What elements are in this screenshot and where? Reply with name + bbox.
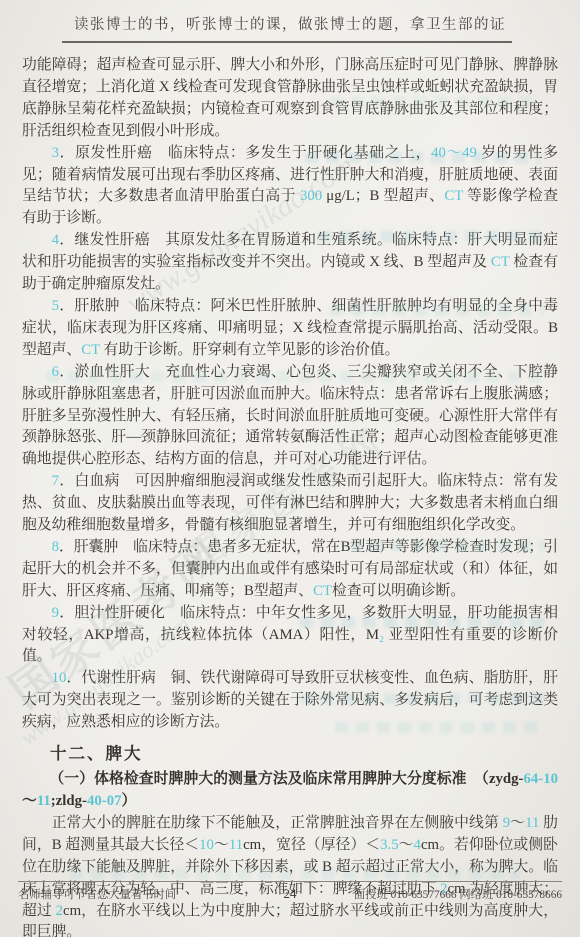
book-page: www.guojiayikao.com 国家医考网 国家医考网 www.guoj…: [0, 0, 580, 937]
text-run: cm，在脐水平线以上为中度肿大；超过脐水平线或前正中线则为高度肿大，即巨脾。: [22, 903, 558, 937]
header-slogan: 读张博士的书，听张博士的课，做张博士的题，拿卫生部的证: [0, 0, 580, 34]
text-run: ．淤血性肝大 充血性心力衰竭、心包炎、三尖瓣狭窄或关闭不全、下腔静脉或肝静脉阻塞…: [22, 364, 558, 468]
item-6-congestive-hepatomegaly: 6．淤血性肝大 充血性心力衰竭、心包炎、三尖瓣狭窄或关闭不全、下腔静脉或肝静脉阻…: [22, 362, 558, 472]
text-run: ;zldg-: [51, 793, 87, 809]
text-run: 检查可以明确诊断。: [332, 583, 465, 599]
highlighted-exam-code: 6: [52, 364, 59, 380]
item-9-biliary-cirrhosis: 9．胆汁性肝硬化 临床特点：中年女性多见，多数肝大明显，肝功能损害相对较轻，AK…: [22, 603, 558, 669]
highlighted-exam-code: 40-07: [87, 793, 122, 809]
highlighted-exam-code: 2: [56, 903, 63, 919]
page-content: 功能障碍；超声检查可显示肝、脾大小和外形，门脉高压症时可见门静脉、脾静脉直径增宽…: [0, 43, 580, 937]
highlighted-exam-code: 64-10: [523, 771, 558, 787]
highlighted-exam-code: 4: [52, 232, 59, 248]
text-run: （一）体格检查时脾肿大的测量方法及临床常用脾肿大分度标准 （zydg-: [49, 771, 523, 787]
item-8-liver-cyst: 8．肝囊肿 临床特点：患者多无症状，常在B型超声等影像学检查时发现；引起肝大的机…: [22, 537, 558, 603]
text-run: ．继发性肝癌 其原发灶多在胃肠道和生殖系统。临床特点：肝大明显而症状和肝功能损害…: [22, 232, 558, 270]
highlighted-exam-code: 10: [52, 670, 67, 686]
page-header: 读张博士的书，听张博士的课，做张博士的题，拿卫生部的证: [0, 0, 580, 43]
highlighted-exam-code: 7: [52, 473, 59, 489]
text-run: μg/L；B 型超声、: [322, 188, 444, 204]
page-number: 24: [260, 886, 320, 902]
text-run: ～: [510, 815, 525, 831]
highlighted-exam-code: 9: [52, 605, 59, 621]
text-run: 有助于诊断。肝穿刺有立竿见影的诊治价值。: [100, 342, 400, 358]
highlighted-exam-code: 10: [199, 837, 214, 853]
paragraph-liver-cirrhosis-continued: 功能障碍；超声检查可显示肝、脾大小和外形，门脉高压症时可见门静脉、脾静脉直径增宽…: [22, 55, 558, 143]
paragraph-spleen-measurement: 正常大小的脾脏在肋缘下不能触及，正常脾脏浊音界在左侧腋中线第 9～11 肋间，B…: [22, 813, 558, 937]
text-run: 功能障碍；超声检查可显示肝、脾大小和外形，门脉高压症时可见门静脉、脾静脉直径增宽…: [22, 57, 558, 139]
item-3-primary-liver-cancer: 3．原发性肝癌 临床特点：多发生于肝硬化基础之上，40～49 岁的男性多见；随着…: [22, 143, 558, 231]
highlighted-exam-code: CT: [491, 254, 510, 270]
text-run: ．白血病 可因肿瘤细胞浸润或继发性感染而引起肝大。临床特点：常有发热、贫血、皮肤…: [22, 473, 558, 533]
highlighted-exam-code: 3.5: [380, 837, 399, 853]
text-run: ～: [214, 837, 229, 853]
highlighted-exam-code: 3: [52, 145, 59, 161]
text-run: ．代谢性肝病 铜、铁代谢障碍可导致肝豆状核变性、血色病、脂肪肝，肝大可为突出表现…: [22, 670, 558, 730]
highlighted-exam-code: 11: [37, 793, 51, 809]
footer-phone-numbers: 面授班 010-63577666 网络班 010-63578666: [320, 886, 562, 902]
footer-slogan: 名师辅导可节省您大量看书时间: [18, 886, 260, 902]
item-10-metabolic-liver-disease: 10．代谢性肝病 铜、铁代谢障碍可导致肝豆状核变性、血色病、脂肪肝，肝大可为突出…: [22, 668, 558, 734]
highlighted-exam-code: 40～49: [431, 145, 477, 161]
section-12-splenomegaly-heading: 十二、脾大: [22, 742, 558, 766]
text-run: ）: [122, 793, 137, 809]
item-5-liver-abscess: 5．肝脓肿 临床特点：阿米巴性肝脓肿、细菌性肝脓肿均有明显的全身中毒症状，临床表…: [22, 296, 558, 362]
page-footer: 名师辅导可节省您大量看书时间 24 面授班 010-63577666 网络班 0…: [18, 881, 562, 902]
highlighted-exam-code: CT: [444, 188, 463, 204]
highlighted-exam-code: 300: [300, 188, 322, 204]
highlighted-exam-code: 11: [525, 815, 539, 831]
text-run: 正常大小的脾脏在肋缘下不能触及，正常脾脏浊音界在左侧腋中线第: [52, 815, 503, 831]
text-run: ．肝囊肿 临床特点：患者多无症状，常在B型超声等影像学检查时发现；引起肝大的机会…: [22, 539, 558, 599]
highlighted-exam-code: CT: [313, 583, 332, 599]
text-run: cm，宽径（厚径）＜: [243, 837, 380, 853]
subsection-1-heading: （一）体格检查时脾肿大的测量方法及临床常用脾肿大分度标准 （zydg-64-10…: [22, 769, 558, 813]
highlighted-exam-code: 9: [503, 815, 510, 831]
text-run: ．原发性肝癌 临床特点：多发生于肝硬化基础之上，: [59, 145, 431, 161]
highlighted-exam-code: 5: [52, 298, 59, 314]
item-7-leukemia: 7．白血病 可因肿瘤细胞浸润或继发性感染而引起肝大。临床特点：常有发热、贫血、皮…: [22, 471, 558, 537]
highlighted-exam-code: 11: [229, 837, 243, 853]
highlighted-exam-code: 8: [52, 539, 59, 555]
item-4-secondary-liver-cancer: 4．继发性肝癌 其原发灶多在胃肠道和生殖系统。临床特点：肝大明显而症状和肝功能损…: [22, 230, 558, 296]
text-run: ～: [22, 793, 37, 809]
highlighted-exam-code: 4: [414, 837, 421, 853]
text-run: ～: [399, 837, 414, 853]
text-run: 十二、脾大: [50, 744, 143, 763]
highlighted-exam-code: CT: [81, 342, 100, 358]
